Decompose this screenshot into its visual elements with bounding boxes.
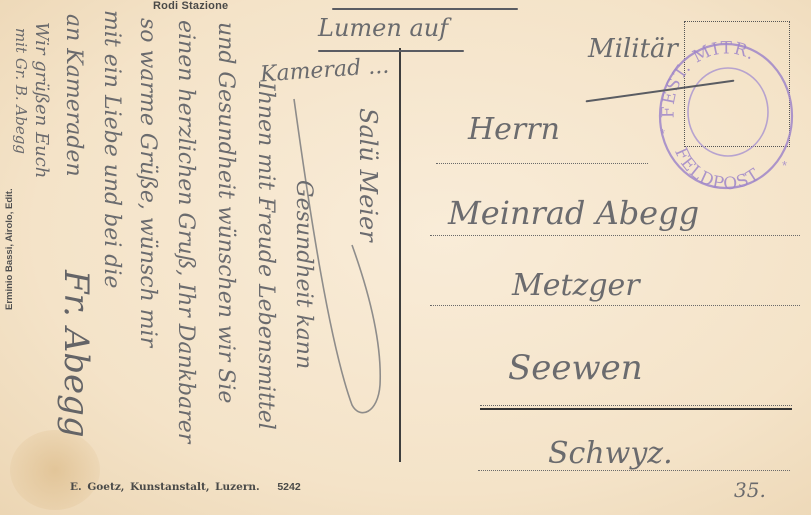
- message-column-7: mit ein Liebe und bei die: [99, 10, 124, 288]
- center-divider: [399, 48, 401, 462]
- postcard: Rodi Stazione Erminio Bassi, Airolo, Edi…: [0, 0, 811, 515]
- address-line-4: [480, 408, 792, 410]
- address-canton: Schwyz.: [548, 436, 673, 471]
- message-column-8: an Kameraden: [61, 14, 86, 177]
- message-column-9: Wir grüßen Euch: [31, 22, 52, 178]
- service-note: Militär: [588, 34, 678, 64]
- message-column-6: so warme Grüße, wünsch mir: [135, 18, 160, 347]
- address-line-3: [430, 305, 800, 306]
- card-number: 5242: [277, 481, 300, 493]
- address-town: Seewen: [508, 348, 643, 388]
- message-column-3: Ihnen mit Freude Lebensmittel: [253, 82, 278, 430]
- address-name: Meinrad Abegg: [448, 194, 699, 232]
- message-column-4: und Gesundheit wünschen wir Sie: [213, 22, 238, 403]
- publisher-line: E. Goetz, Kunstanstalt, Luzern. 5242: [70, 481, 301, 493]
- address-line-2: [430, 235, 800, 236]
- pencil-note: 35.: [734, 478, 766, 502]
- header-underline-top: [332, 8, 518, 10]
- location-title: Rodi Stazione: [153, 0, 228, 12]
- svg-text:*: *: [782, 158, 787, 173]
- pencil-loop-stroke: [290, 95, 390, 425]
- paper-stain: [10, 430, 100, 510]
- signature: Fr. Abegg: [56, 270, 96, 438]
- side-imprint: Erminio Bassi, Airolo, Edit.: [4, 188, 15, 310]
- message-header-2: Kamerad ...: [259, 54, 390, 88]
- header-underline-mid: [318, 50, 464, 52]
- message-column-10: mit Gr. B. Abegg: [12, 28, 30, 154]
- svg-text:FELDPOST: FELDPOST: [670, 145, 764, 190]
- address-occupation: Metzger: [512, 268, 640, 303]
- svg-text:*: *: [660, 126, 665, 141]
- message-column-5: einen herzlichen Gruß, Ihr Dankbarer: [173, 20, 198, 443]
- address-salutation: Herrn: [468, 112, 560, 147]
- address-line-1: [436, 163, 648, 164]
- publisher-name: E. Goetz, Kunstanstalt, Luzern.: [70, 481, 260, 493]
- message-header-1: Lumen auf: [318, 14, 448, 42]
